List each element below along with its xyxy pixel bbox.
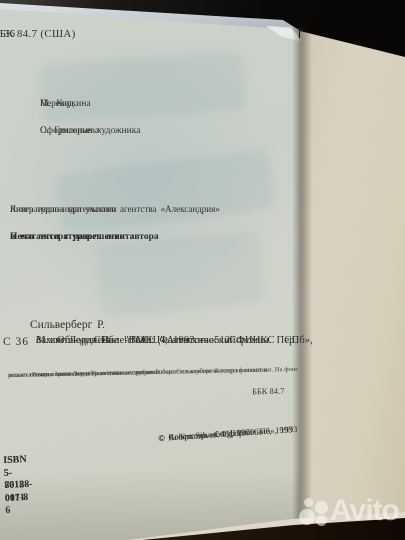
avito-logo-icon	[304, 498, 313, 507]
permission-line: и его литературного агента	[10, 232, 134, 243]
author-code: С 36	[0, 28, 15, 41]
book-gutter-shadow	[292, 28, 312, 540]
catalog-code: С 36	[3, 336, 29, 348]
catalog-author: Сильверберг Р.	[30, 319, 105, 331]
avito-wordmark: Avito	[330, 494, 399, 528]
show-through-ghost	[95, 231, 266, 317]
avito-logo-icon	[315, 501, 328, 514]
avito-watermark: Avito	[296, 492, 405, 538]
designer-name: С. Григорьева	[40, 126, 99, 138]
translator-name: М. Коркина	[40, 99, 91, 111]
avito-logo-icon	[316, 515, 327, 526]
catalog-line: М.: Объединение "ВМКЦ", 1993.— 512 с.	[36, 334, 243, 347]
participation-line: Литературно-издательского агентства «Але…	[10, 204, 220, 215]
isbn-line: ISBN 5-7012-0171-6	[3, 454, 29, 517]
bbk-reference: ББК 84.7	[252, 386, 285, 397]
right-facing-page	[299, 0, 405, 540]
avito-logo-icon	[299, 509, 315, 525]
book-photo: ББК 84.7 (США) С 36 Перевод М. Коркина О…	[0, 0, 405, 540]
